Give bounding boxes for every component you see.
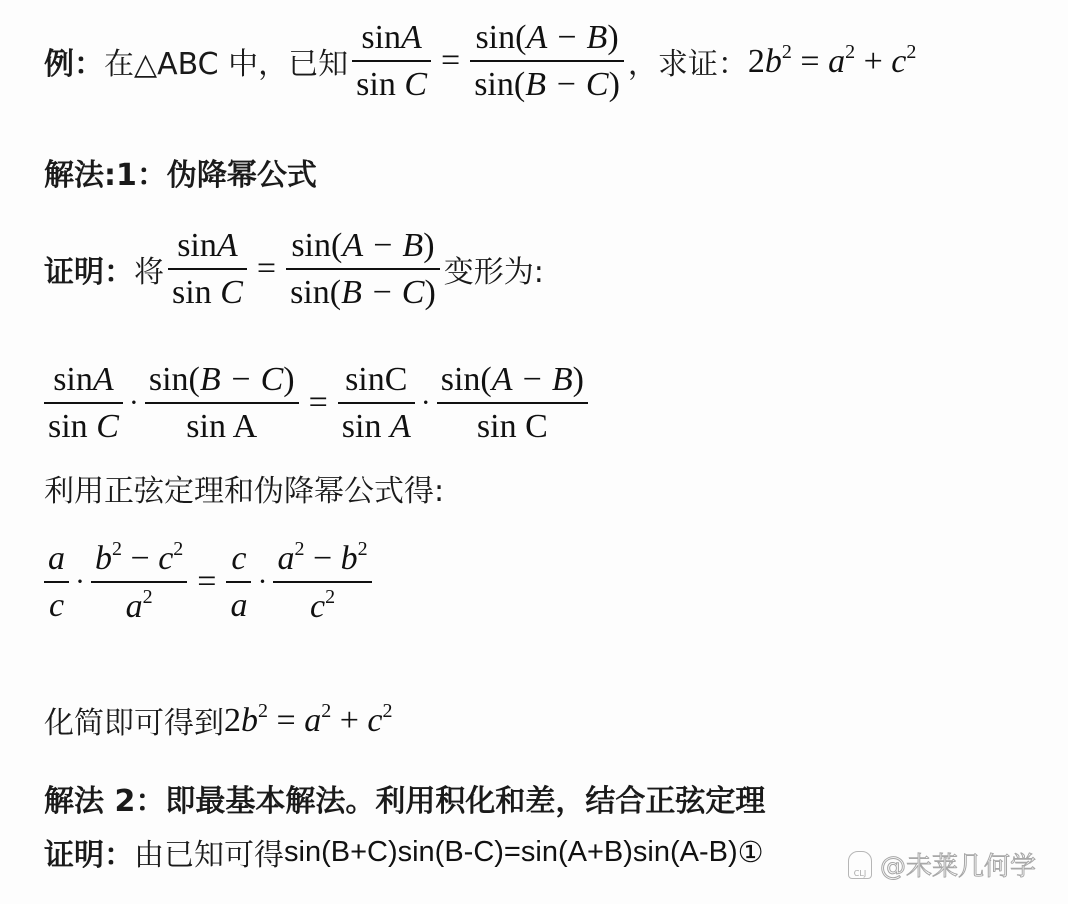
proof-label: 证明：	[44, 830, 134, 874]
method2-heading: 解法 2：即最基本解法。利用积化和差，结合正弦定理	[44, 776, 765, 820]
proof-fraction-left: sinA sin C	[168, 226, 247, 312]
method1-heading: 解法:1：伪降幂公式	[44, 150, 317, 194]
conclusion-line: 化简即可得到 2b2 = a2 + c2	[44, 698, 392, 742]
example-label: 例：	[44, 39, 104, 83]
watermark: CLJ @未莱几何学	[848, 846, 1036, 883]
goal-equation: 2b2 = a2 + c2	[748, 41, 916, 81]
equation-marker: ①	[738, 835, 764, 870]
equals-sign: =	[441, 42, 460, 80]
step2-equation: ac · b2 − c2a2 = ca · a2 − b2c2	[40, 538, 376, 626]
watermark-logo-icon: CLJ	[848, 851, 872, 879]
given-fraction-left: sinA sin C	[352, 18, 431, 104]
example-intro: 在△ABC 中，已知	[104, 39, 348, 83]
proof-fraction-right: sin(A − B) sin(B − C)	[286, 226, 440, 312]
step1-equation: sinAsin C · sin(B − C)sin A = sinCsin A …	[40, 360, 592, 446]
conclusion-equation: 2b2 = a2 + c2	[224, 700, 392, 740]
product-equation: sin(B+C)sin(B-C)=sin(A+B)sin(A-B)	[284, 836, 738, 869]
method2-proof: 证明： 由已知可得 sin(B+C)sin(B-C)=sin(A+B)sin(A…	[44, 830, 764, 874]
given-fraction-right: sin(A − B) sin(B − C)	[470, 18, 624, 104]
prove-label: ，求证：	[628, 39, 748, 83]
example-line: 例： 在△ABC 中，已知 sinA sin C = sin(A − B) si…	[44, 18, 916, 104]
proof-label: 证明：	[44, 247, 134, 291]
method1-proof-intro: 证明： 将 sinA sin C = sin(A − B) sin(B − C)…	[44, 226, 544, 312]
using-theorem-text: 利用正弦定理和伪降幂公式得:	[44, 466, 444, 510]
watermark-text: @未莱几何学	[880, 846, 1036, 883]
